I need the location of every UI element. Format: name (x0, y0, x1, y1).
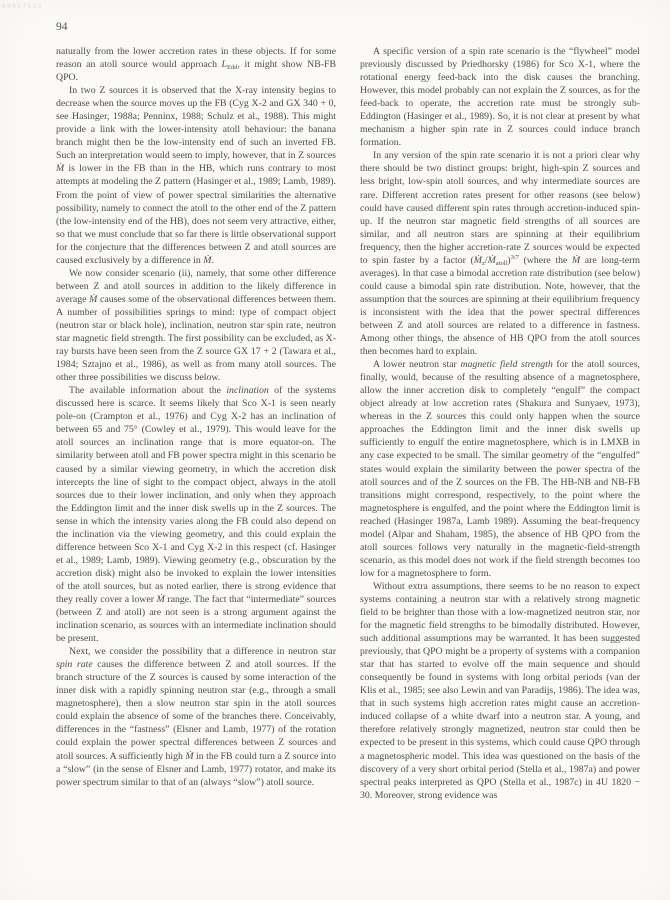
text-column-left: naturally from the lower accretion rates… (56, 45, 336, 802)
paragraph: Without extra assumptions, there seems t… (360, 580, 640, 802)
two-column-text-body: naturally from the lower accretion rates… (56, 45, 640, 802)
paragraph: Next, we consider the possibility that a… (56, 645, 336, 789)
paragraph: A specific version of a spin rate scenar… (360, 45, 640, 149)
paragraph: naturally from the lower accretion rates… (56, 45, 336, 84)
paragraph: A lower neutron star magnetic field stre… (360, 358, 640, 580)
journal-page: 00057535 94 naturally from the lower acc… (0, 0, 670, 900)
paragraph: In any version of the spin rate scenario… (360, 149, 640, 358)
scan-edge-mark: 00057535 (2, 3, 43, 10)
page-number: 94 (56, 21, 68, 33)
paragraph: We now consider scenario (ii), namely, t… (56, 267, 336, 384)
paragraph: The available information about the incl… (56, 384, 336, 645)
paragraph: In two Z sources it is observed that the… (56, 84, 336, 267)
text-column-right: A specific version of a spin rate scenar… (360, 45, 640, 802)
